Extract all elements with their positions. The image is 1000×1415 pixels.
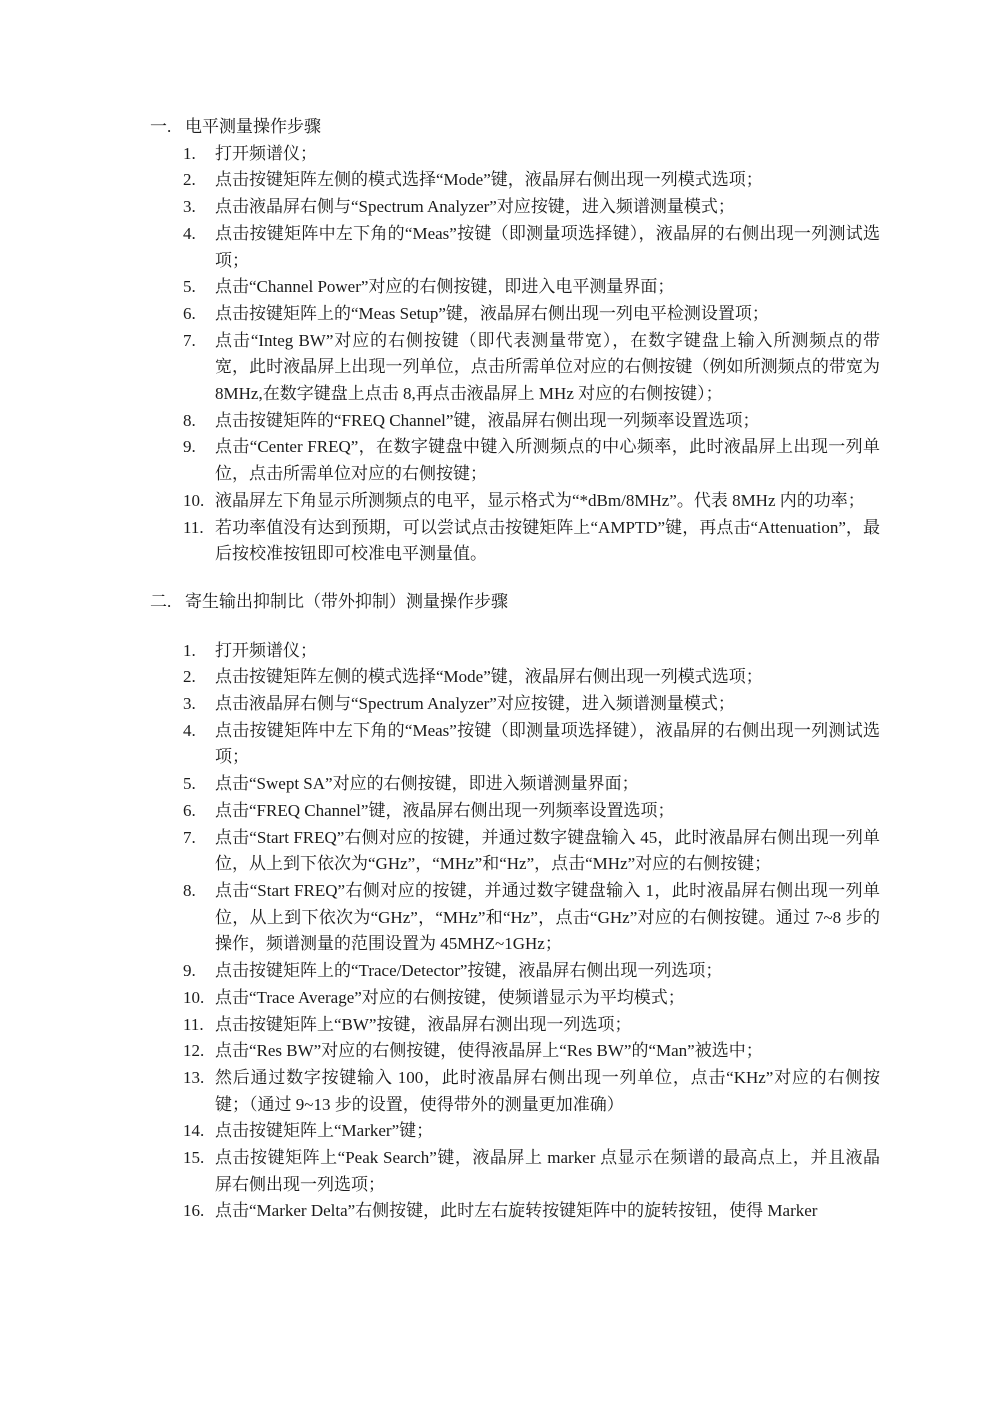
item-text: 点击“Trace Average”对应的右侧按键，使频谱显示为平均模式； — [215, 985, 880, 1012]
item-text: 点击按键矩阵上“Peak Search”键，液晶屏上 marker 点显示在频谱… — [215, 1145, 880, 1198]
item-text: 点击按键矩阵上“BW”按键，液晶屏右测出现一列选项； — [215, 1012, 880, 1039]
list-item: 14. 点击按键矩阵上“Marker”键； — [183, 1118, 880, 1145]
item-number: 4. — [183, 221, 215, 274]
list-item: 4. 点击按键矩阵中左下角的“Meas”按键（即测量项选择键），液晶屏的右侧出现… — [183, 718, 880, 771]
item-text: 点击“Start FREQ”右侧对应的按键，并通过数字键盘输入 45，此时液晶屏… — [215, 825, 880, 878]
item-text: 点击按键矩阵中左下角的“Meas”按键（即测量项选择键），液晶屏的右侧出现一列测… — [215, 718, 880, 771]
list-item: 7. 点击“Start FREQ”右侧对应的按键，并通过数字键盘输入 45，此时… — [183, 825, 880, 878]
item-text: 若功率值没有达到预期，可以尝试点击按键矩阵上“AMPTD”键，再点击“Atten… — [215, 515, 880, 568]
item-number: 7. — [183, 825, 215, 878]
item-text: 点击“Swept SA”对应的右侧按键，即进入频谱测量界面； — [215, 771, 880, 798]
item-text: 点击液晶屏右侧与“Spectrum Analyzer”对应按键，进入频谱测量模式… — [215, 194, 880, 221]
section-2-steps: 1. 打开频谱仪； 2. 点击按键矩阵左侧的模式选择“Mode”键，液晶屏右侧出… — [150, 638, 880, 1225]
list-item: 8. 点击“Start FREQ”右侧对应的按键，并通过数字键盘输入 1，此时液… — [183, 878, 880, 958]
item-number: 4. — [183, 718, 215, 771]
section-2-heading: 二. 寄生输出抑制比（带外抑制）测量操作步骤 — [150, 589, 880, 616]
item-number: 11. — [183, 1012, 215, 1039]
item-text: 点击按键矩阵左侧的模式选择“Mode”键，液晶屏右侧出现一列模式选项； — [215, 167, 880, 194]
list-item: 10. 液晶屏左下角显示所测频点的电平，显示格式为“*dBm/8MHz”。代表 … — [183, 488, 880, 515]
list-item: 7. 点击“Integ BW”对应的右侧按键（即代表测量带宽），在数字键盘上输入… — [183, 328, 880, 408]
item-text: 点击“Start FREQ”右侧对应的按键，并通过数字键盘输入 1，此时液晶屏右… — [215, 878, 880, 958]
item-text: 点击“Channel Power”对应的右侧按键，即进入电平测量界面； — [215, 274, 880, 301]
item-number: 10. — [183, 488, 215, 515]
item-text: 点击“Integ BW”对应的右侧按键（即代表测量带宽），在数字键盘上输入所测频… — [215, 328, 880, 408]
item-number: 14. — [183, 1118, 215, 1145]
item-number: 11. — [183, 515, 215, 568]
list-item: 16. 点击“Marker Delta”右侧按键，此时左右旋转按键矩阵中的旋转按… — [183, 1198, 880, 1225]
list-item: 4. 点击按键矩阵中左下角的“Meas”按键（即测量项选择键），液晶屏的右侧出现… — [183, 221, 880, 274]
list-item: 5. 点击“Swept SA”对应的右侧按键，即进入频谱测量界面； — [183, 771, 880, 798]
list-item: 6. 点击按键矩阵上的“Meas Setup”键，液晶屏右侧出现一列电平检测设置… — [183, 301, 880, 328]
list-item: 5. 点击“Channel Power”对应的右侧按键，即进入电平测量界面； — [183, 274, 880, 301]
list-item: 1. 打开频谱仪； — [183, 638, 880, 665]
list-item: 11. 点击按键矩阵上“BW”按键，液晶屏右测出现一列选项； — [183, 1012, 880, 1039]
item-text: 点击液晶屏右侧与“Spectrum Analyzer”对应按键，进入频谱测量模式… — [215, 691, 880, 718]
item-text: 点击按键矩阵上的“Meas Setup”键，液晶屏右侧出现一列电平检测设置项； — [215, 301, 880, 328]
document-page: 一. 电平测量操作步骤 1. 打开频谱仪； 2. 点击按键矩阵左侧的模式选择“M… — [150, 114, 880, 1225]
item-number: 5. — [183, 274, 215, 301]
list-item: 9. 点击“Center FREQ”，在数字键盘中键入所测频点的中心频率，此时液… — [183, 434, 880, 487]
list-item: 2. 点击按键矩阵左侧的模式选择“Mode”键，液晶屏右侧出现一列模式选项； — [183, 167, 880, 194]
item-text: 点击按键矩阵中左下角的“Meas”按键（即测量项选择键），液晶屏的右侧出现一列测… — [215, 221, 880, 274]
list-item: 6. 点击“FREQ Channel”键，液晶屏右侧出现一列频率设置选项； — [183, 798, 880, 825]
list-item: 12. 点击“Res BW”对应的右侧按键，使得液晶屏上“Res BW”的“Ma… — [183, 1038, 880, 1065]
item-number: 2. — [183, 167, 215, 194]
item-text: 点击按键矩阵上的“Trace/Detector”按键，液晶屏右侧出现一列选项； — [215, 958, 880, 985]
item-text: 点击按键矩阵的“FREQ Channel”键，液晶屏右侧出现一列频率设置选项； — [215, 408, 880, 435]
item-text: 点击“FREQ Channel”键，液晶屏右侧出现一列频率设置选项； — [215, 798, 880, 825]
item-text: 点击“Res BW”对应的右侧按键，使得液晶屏上“Res BW”的“Man”被选… — [215, 1038, 880, 1065]
item-number: 15. — [183, 1145, 215, 1198]
item-number: 10. — [183, 985, 215, 1012]
item-text: 然后通过数字按键输入 100，此时液晶屏右侧出现一列单位，点击“KHz”对应的右… — [215, 1065, 880, 1118]
item-text: 打开频谱仪； — [215, 638, 880, 665]
section-2-title: 寄生输出抑制比（带外抑制）测量操作步骤 — [185, 589, 880, 616]
section-1-steps: 1. 打开频谱仪； 2. 点击按键矩阵左侧的模式选择“Mode”键，液晶屏右侧出… — [150, 141, 880, 568]
list-item: 8. 点击按键矩阵的“FREQ Channel”键，液晶屏右侧出现一列频率设置选… — [183, 408, 880, 435]
list-item: 1. 打开频谱仪； — [183, 141, 880, 168]
item-number: 12. — [183, 1038, 215, 1065]
section-1-title: 电平测量操作步骤 — [185, 114, 880, 141]
list-item: 3. 点击液晶屏右侧与“Spectrum Analyzer”对应按键，进入频谱测… — [183, 691, 880, 718]
item-text: 点击按键矩阵上“Marker”键； — [215, 1118, 880, 1145]
section-2-marker: 二. — [150, 589, 185, 616]
list-item: 11. 若功率值没有达到预期，可以尝试点击按键矩阵上“AMPTD”键，再点击“A… — [183, 515, 880, 568]
item-number: 13. — [183, 1065, 215, 1118]
item-number: 8. — [183, 408, 215, 435]
list-item: 15. 点击按键矩阵上“Peak Search”键，液晶屏上 marker 点显… — [183, 1145, 880, 1198]
section-1-marker: 一. — [150, 114, 185, 141]
list-item: 13. 然后通过数字按键输入 100，此时液晶屏右侧出现一列单位，点击“KHz”… — [183, 1065, 880, 1118]
list-item: 2. 点击按键矩阵左侧的模式选择“Mode”键，液晶屏右侧出现一列模式选项； — [183, 664, 880, 691]
list-item: 10. 点击“Trace Average”对应的右侧按键，使频谱显示为平均模式； — [183, 985, 880, 1012]
list-item: 9. 点击按键矩阵上的“Trace/Detector”按键，液晶屏右侧出现一列选… — [183, 958, 880, 985]
item-text: 点击“Marker Delta”右侧按键，此时左右旋转按键矩阵中的旋转按钮，使得… — [215, 1198, 880, 1225]
item-number: 5. — [183, 771, 215, 798]
list-item: 3. 点击液晶屏右侧与“Spectrum Analyzer”对应按键，进入频谱测… — [183, 194, 880, 221]
item-number: 6. — [183, 301, 215, 328]
item-text: 点击“Center FREQ”，在数字键盘中键入所测频点的中心频率，此时液晶屏上… — [215, 434, 880, 487]
item-number: 16. — [183, 1198, 215, 1225]
item-number: 6. — [183, 798, 215, 825]
item-text: 打开频谱仪； — [215, 141, 880, 168]
item-number: 7. — [183, 328, 215, 408]
section-1-heading: 一. 电平测量操作步骤 — [150, 114, 880, 141]
item-number: 3. — [183, 691, 215, 718]
item-number: 1. — [183, 638, 215, 665]
item-number: 9. — [183, 958, 215, 985]
item-number: 8. — [183, 878, 215, 958]
item-number: 9. — [183, 434, 215, 487]
item-number: 3. — [183, 194, 215, 221]
item-number: 2. — [183, 664, 215, 691]
item-number: 1. — [183, 141, 215, 168]
item-text: 液晶屏左下角显示所测频点的电平，显示格式为“*dBm/8MHz”。代表 8MHz… — [215, 488, 880, 515]
item-text: 点击按键矩阵左侧的模式选择“Mode”键，液晶屏右侧出现一列模式选项； — [215, 664, 880, 691]
